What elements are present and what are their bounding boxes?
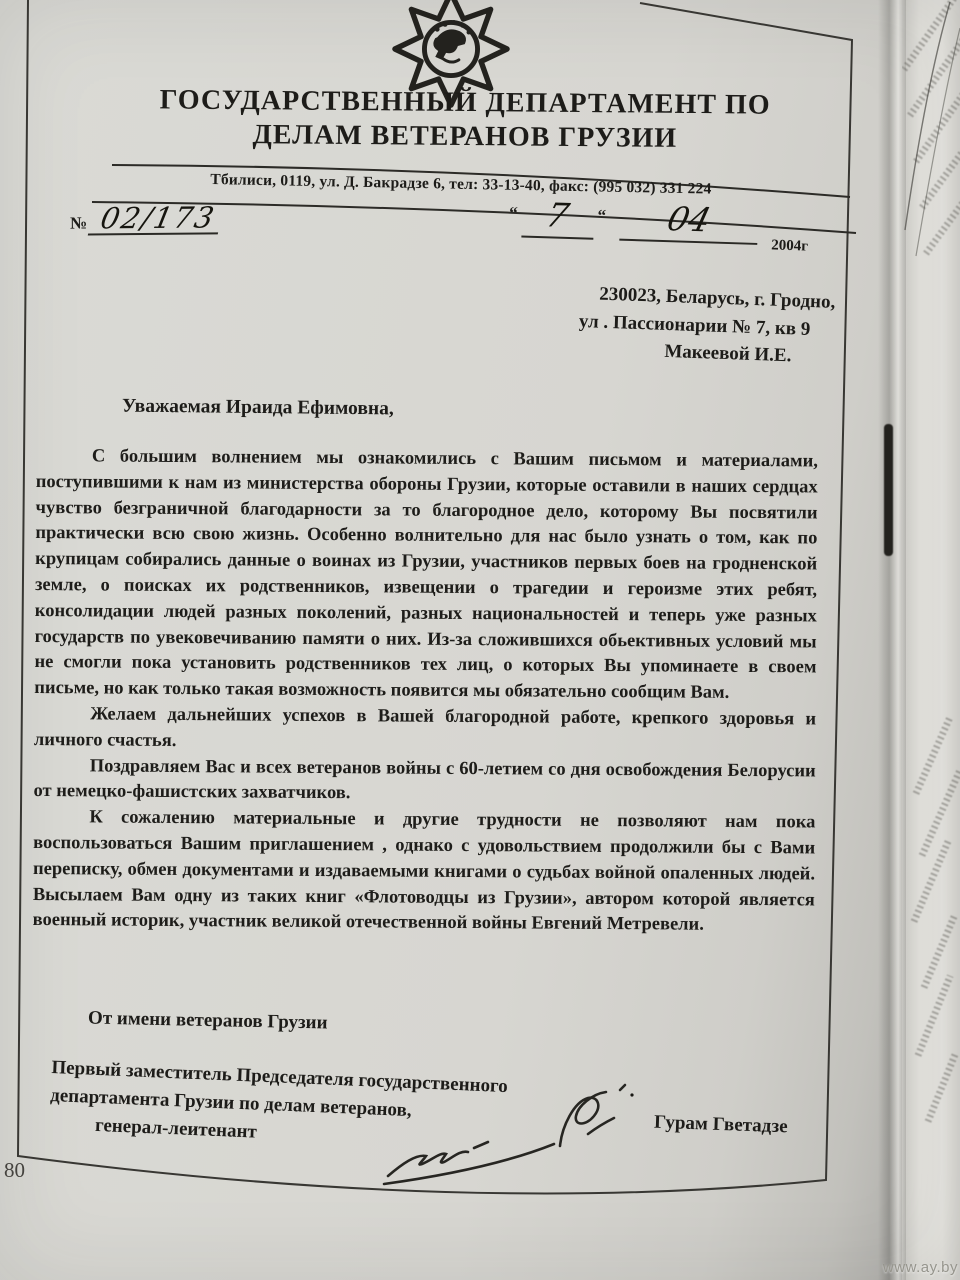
adjacent-page-text-smudge bbox=[923, 177, 960, 256]
body-paragraph: С большим волнением мы ознакомились с Ва… bbox=[34, 444, 818, 707]
date-year: 2004г bbox=[771, 237, 808, 255]
page-number: 80 bbox=[4, 1158, 25, 1183]
org-title: ГОСУДАРСТВЕННЫЙ ДЕПАРТАМЕНТ ПО ДЕЛАМ ВЕТ… bbox=[120, 83, 811, 157]
reference-number-value: 02/173 bbox=[88, 202, 225, 235]
photographed-book-page: ГОСУДАРСТВЕННЫЙ ДЕПАРТАМЕНТ ПО ДЕЛАМ ВЕТ… bbox=[0, 0, 960, 1280]
body-paragraph: Поздравляем Вас и всех ветеранов войны с… bbox=[33, 754, 815, 811]
binding-notch bbox=[884, 424, 893, 556]
date-open-quote: “ bbox=[504, 203, 522, 238]
date-month: 04 bbox=[664, 201, 715, 238]
adjacent-page-text-smudge bbox=[919, 770, 960, 857]
org-title-line2: ДЕЛАМ ВЕТЕРАНОВ ГРУЗИИ bbox=[120, 117, 810, 157]
adjacent-page-text-smudge bbox=[913, 715, 954, 795]
recipient-address: 230023, Беларусь, г. Гродно, ул . Пассио… bbox=[465, 276, 836, 371]
adjacent-page bbox=[902, 0, 960, 1280]
adjacent-page-text-smudge bbox=[919, 123, 960, 210]
adjacent-page-text-smudge bbox=[925, 1052, 959, 1123]
reference-number-label: № bbox=[70, 214, 87, 233]
org-title-line1: ГОСУДАРСТВЕННЫЙ ДЕПАРТАМЕНТ ПО bbox=[120, 83, 810, 123]
date-close-quote: “ bbox=[593, 206, 611, 241]
date-day: 7 bbox=[543, 197, 573, 233]
salutation: Уважаемая Ираида Ефимовна, bbox=[122, 396, 394, 421]
adjacent-page-text-smudge bbox=[915, 974, 954, 1056]
adjacent-page-text-smudge bbox=[911, 839, 952, 923]
body-paragraph: К сожалению материальные и другие трудно… bbox=[33, 805, 816, 939]
watermark: www.ay.by bbox=[883, 1259, 958, 1276]
letter-body: С большим волнением мы ознакомились с Ва… bbox=[33, 444, 818, 940]
reference-number: № 02/173 bbox=[70, 202, 222, 235]
body-paragraph: Желаем дальнейших успехов в Вашей благор… bbox=[34, 702, 816, 759]
book-gutter-shadow bbox=[878, 0, 906, 1280]
signer-name: Гурам Гветадзе bbox=[654, 1112, 788, 1139]
handwritten-signature bbox=[382, 1082, 644, 1194]
